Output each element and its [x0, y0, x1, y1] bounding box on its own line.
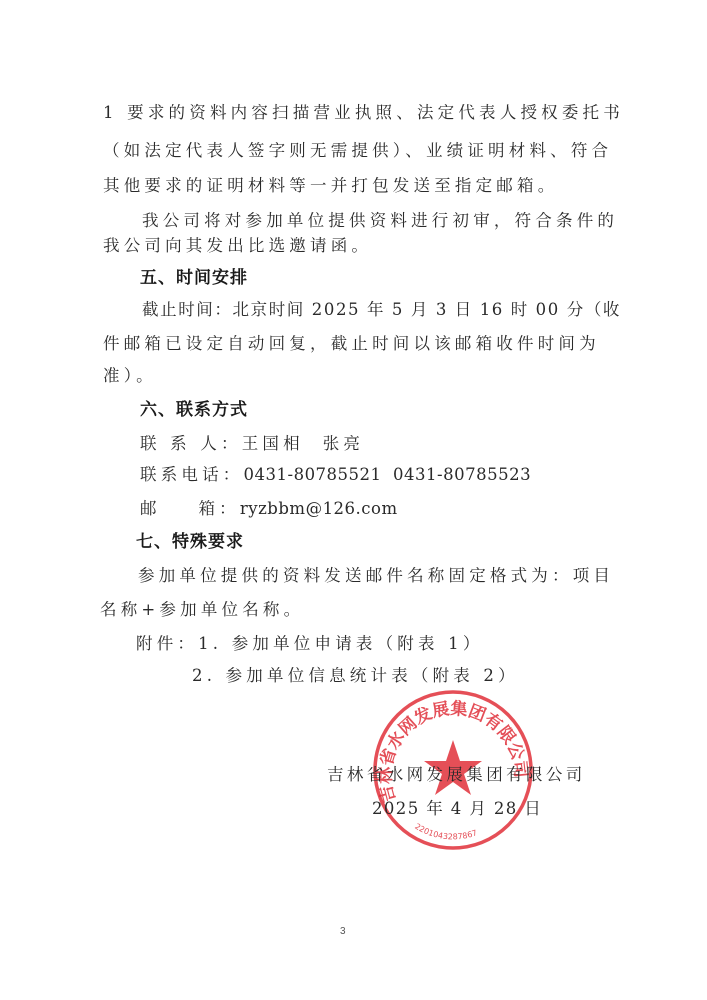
email-address[interactable]: ryzbbm@126.com	[240, 499, 398, 518]
page-number: 3	[340, 926, 346, 937]
email-row: 邮 箱：ryzbbm@126.com	[140, 499, 398, 519]
section-heading: 六、联系方式	[140, 400, 248, 420]
paragraph-line: 其他要求的证明材料等一并打包发送至指定邮箱。	[103, 176, 558, 196]
contact-label: 联 系 人：	[140, 434, 242, 453]
attachment-item: 1. 参加单位申请表（附表 1）	[198, 634, 483, 653]
svg-text:2201043287867: 2201043287867	[413, 822, 478, 842]
contact-person-row: 联 系 人：王国相 张亮	[140, 434, 364, 454]
deadline-line: 件邮箱已设定自动回复，截止时间以该邮箱收件时间为	[103, 334, 600, 354]
attachment-item: 2. 参加单位信息统计表（附表 2）	[192, 666, 519, 686]
paragraph-line: 我公司向其发出比选邀请函。	[103, 236, 372, 256]
email-label: 邮 箱：	[140, 499, 240, 518]
requirement-line: 名称+参加单位名称。	[100, 600, 304, 620]
phone-row: 联系电话：0431-80785521 0431-80785523	[140, 465, 531, 485]
signature-date: 2025 年 4 月 28 日	[372, 799, 542, 819]
deadline-line: 截止时间：北京时间 2025 年 5 月 3 日 16 时 00 分（收	[142, 300, 621, 320]
attachment-label: 附件：	[136, 634, 198, 653]
paragraph-line: （如法定代表人签字则无需提供）、业绩证明材料、符合	[103, 141, 612, 161]
section-heading: 五、时间安排	[140, 268, 248, 288]
deadline-line: 准）。	[103, 366, 157, 386]
signature-company: 吉林省水网发展集团有限公司	[327, 765, 586, 785]
contact-names: 王国相 张亮	[242, 434, 364, 453]
phone-numbers: 0431-80785521 0431-80785523	[244, 465, 532, 484]
requirement-line: 参加单位提供的资料发送邮件名称固定格式为：项目	[138, 566, 614, 586]
phone-label: 联系电话：	[140, 465, 244, 484]
paragraph-line: 我公司将对参加单位提供资料进行初审，符合条件的	[142, 211, 618, 231]
attachment-row: 附件：1. 参加单位申请表（附表 1）	[136, 634, 484, 654]
section-heading: 七、特殊要求	[136, 532, 244, 552]
paragraph-line: 1 要求的资料内容扫描营业执照、法定代表人授权委托书	[103, 103, 624, 123]
